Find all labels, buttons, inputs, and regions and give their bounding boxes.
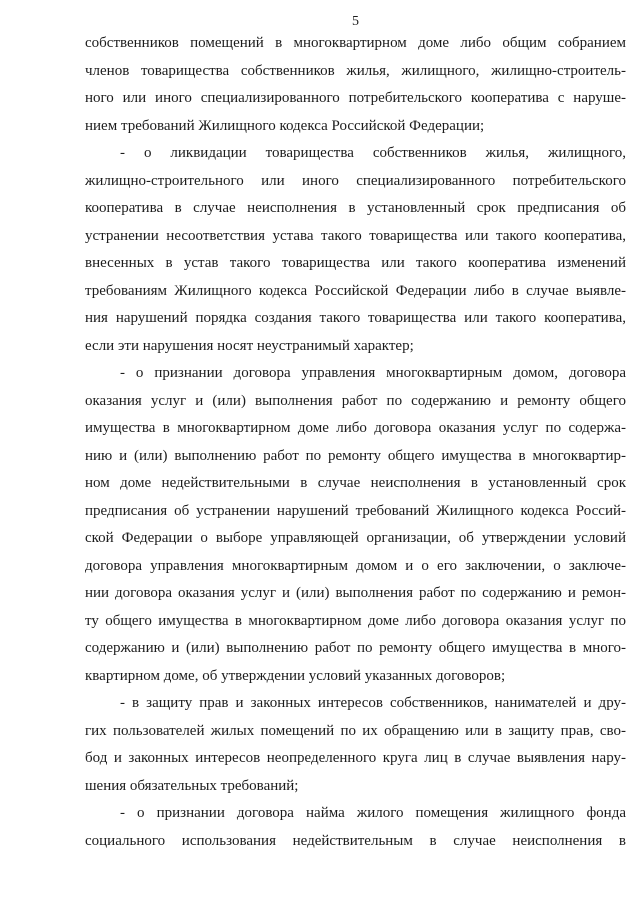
text-line: членов товарищества собственников жилья,… (85, 58, 626, 86)
text-line: требованиям Жилищного кодекса Российской… (85, 278, 626, 306)
text-line: нием требований Жилищного кодекса Россий… (85, 113, 626, 141)
text-line: шения обязательных требований; (85, 773, 626, 801)
text-line: - о признании договора управления многок… (85, 360, 626, 388)
page-number: 5 (85, 14, 626, 30)
text-line: ния нарушений порядка создания такого то… (85, 305, 626, 333)
text-line: если эти нарушения носят неустранимый ха… (85, 333, 626, 361)
text-line: - в защиту прав и законных интересов соб… (85, 690, 626, 718)
text-line: квартирном доме, об утверждении условий … (85, 663, 626, 691)
text-line: кооператива в случае неисполнения в уста… (85, 195, 626, 223)
text-line: - о ликвидации товарищества собственнико… (85, 140, 626, 168)
text-line: внесенных в устав такого товарищества ил… (85, 250, 626, 278)
text-line: - о признании договора найма жилого поме… (85, 800, 626, 828)
text-line: ного или иного специализированного потре… (85, 85, 626, 113)
text-line: предписания об устранении нарушений треб… (85, 498, 626, 526)
text-line: нию и (или) выполнению работ по ремонту … (85, 443, 626, 471)
text-line: социального использования недействительн… (85, 828, 626, 856)
text-line: жилищно-строительного или иного специали… (85, 168, 626, 196)
document-page: 5 собственников помещений в многоквартир… (0, 0, 640, 905)
text-line: бод и законных интересов неопределенного… (85, 745, 626, 773)
text-line: ном доме недействительными в случае неис… (85, 470, 626, 498)
text-line: оказания услуг и (или) выполнения работ … (85, 388, 626, 416)
text-line: устранении несоответствия устава такого … (85, 223, 626, 251)
text-line: гих пользователей жилых помещений по их … (85, 718, 626, 746)
text-line: нии договора оказания услуг и (или) выпо… (85, 580, 626, 608)
text-line: имущества в многоквартирном доме либо до… (85, 415, 626, 443)
text-line: договора управления многоквартирным домо… (85, 553, 626, 581)
text-line: ту общего имущества в многоквартирном до… (85, 608, 626, 636)
text-line: собственников помещений в многоквартирно… (85, 30, 626, 58)
text-line: содержанию и (или) выполнению работ по р… (85, 635, 626, 663)
text-line: ской Федерации о выборе управляющей орга… (85, 525, 626, 553)
document-text: собственников помещений в многоквартирно… (85, 30, 626, 855)
